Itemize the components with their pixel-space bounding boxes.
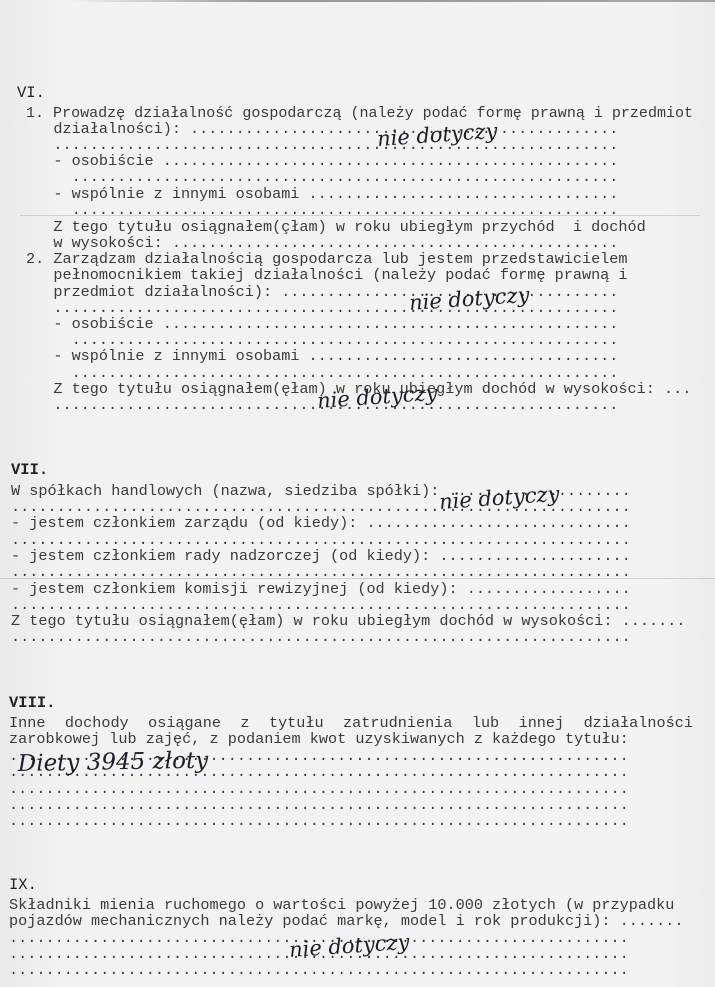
vi-1-line3[interactable]: ........................................…: [26, 137, 618, 153]
scan-edge: [70, 0, 715, 2]
scan-artifact-line: [20, 215, 700, 216]
vi-2-line1: 2. Zarządzam działalnością gospodarcza l…: [26, 251, 628, 267]
ix-line2[interactable]: pojazdów mechanicznych należy podać mark…: [9, 913, 683, 929]
vii-line4[interactable]: ........................................…: [11, 532, 631, 548]
vi-2-wspolnie[interactable]: - wspólnie z innymi osobami ............…: [26, 348, 618, 364]
word: zatrudnienia: [343, 715, 452, 731]
viii-line2: zarobkowej lub zajęć, z podaniem kwot uz…: [9, 731, 629, 747]
section-vi-heading: VI.: [17, 84, 45, 102]
ix-line6[interactable]: ......: [9, 979, 64, 987]
section-ix-heading: IX.: [9, 876, 37, 894]
word: dochody: [65, 715, 129, 731]
viii-line5[interactable]: ........................................…: [9, 781, 629, 797]
vi-1-line5[interactable]: ........................................…: [26, 169, 618, 185]
vi-1-line2[interactable]: działalności): .........................…: [26, 121, 618, 137]
vii-rada-nadzorcza[interactable]: - jestem członkiem rady nadzorczej (od k…: [11, 548, 631, 564]
vi-1-line1: 1. Prowadzę działalność gospodarczą (nal…: [26, 105, 693, 121]
vi-2-osobiscie[interactable]: - osobiście ............................…: [26, 316, 618, 332]
viii-line7[interactable]: ........................................…: [9, 813, 629, 829]
vi-2-line6[interactable]: ........................................…: [26, 332, 618, 348]
vii-line10[interactable]: ........................................…: [11, 629, 631, 645]
word: lub: [472, 715, 499, 731]
vi-2-line8[interactable]: ........................................…: [26, 365, 618, 381]
word: z: [240, 715, 249, 731]
vii-komisja-rewizyjna[interactable]: - jestem członkiem komisji rewizyjnej (o…: [11, 581, 631, 597]
word: tytułu: [269, 715, 324, 731]
vii-zarzad[interactable]: - jestem członkiem zarządu (od kiedy): .…: [11, 515, 631, 531]
section-vii-heading: VII.: [11, 461, 48, 479]
word: innej: [519, 715, 565, 731]
vii-line8[interactable]: ........................................…: [11, 597, 631, 613]
word: osiągane: [148, 715, 221, 731]
vi-1-wspolnie[interactable]: - wspólnie z innymi osobami ............…: [26, 186, 618, 202]
scan-artifact-line: [0, 578, 715, 579]
word: działalności: [584, 715, 693, 731]
vi-2-line2: pełnomocnikiem takiej działalności (nale…: [26, 267, 628, 283]
ix-line5[interactable]: ........................................…: [9, 962, 629, 978]
viii-line6[interactable]: ........................................…: [9, 797, 629, 813]
section-viii-heading: VIII.: [9, 694, 56, 712]
viii-handwritten-answer: Diety 3945 złoty: [18, 748, 209, 777]
vi-1-przychod-label: Z tego tytułu osiągnałem(çłam) w roku ub…: [26, 219, 646, 235]
vi-1-wysokosc[interactable]: w wysokości: ...........................…: [26, 235, 618, 251]
ix-line1: Składniki mienia ruchomego o wartości po…: [9, 897, 674, 913]
vii-dochod-label[interactable]: Z tego tytułu osiągnałem(ęłam) w roku ub…: [11, 613, 685, 629]
word: Inne: [9, 715, 45, 731]
viii-line1: Inne dochody osiągane z tytułu zatrudnie…: [9, 715, 693, 731]
vi-1-osobiscie[interactable]: - osobiście ............................…: [26, 153, 618, 169]
